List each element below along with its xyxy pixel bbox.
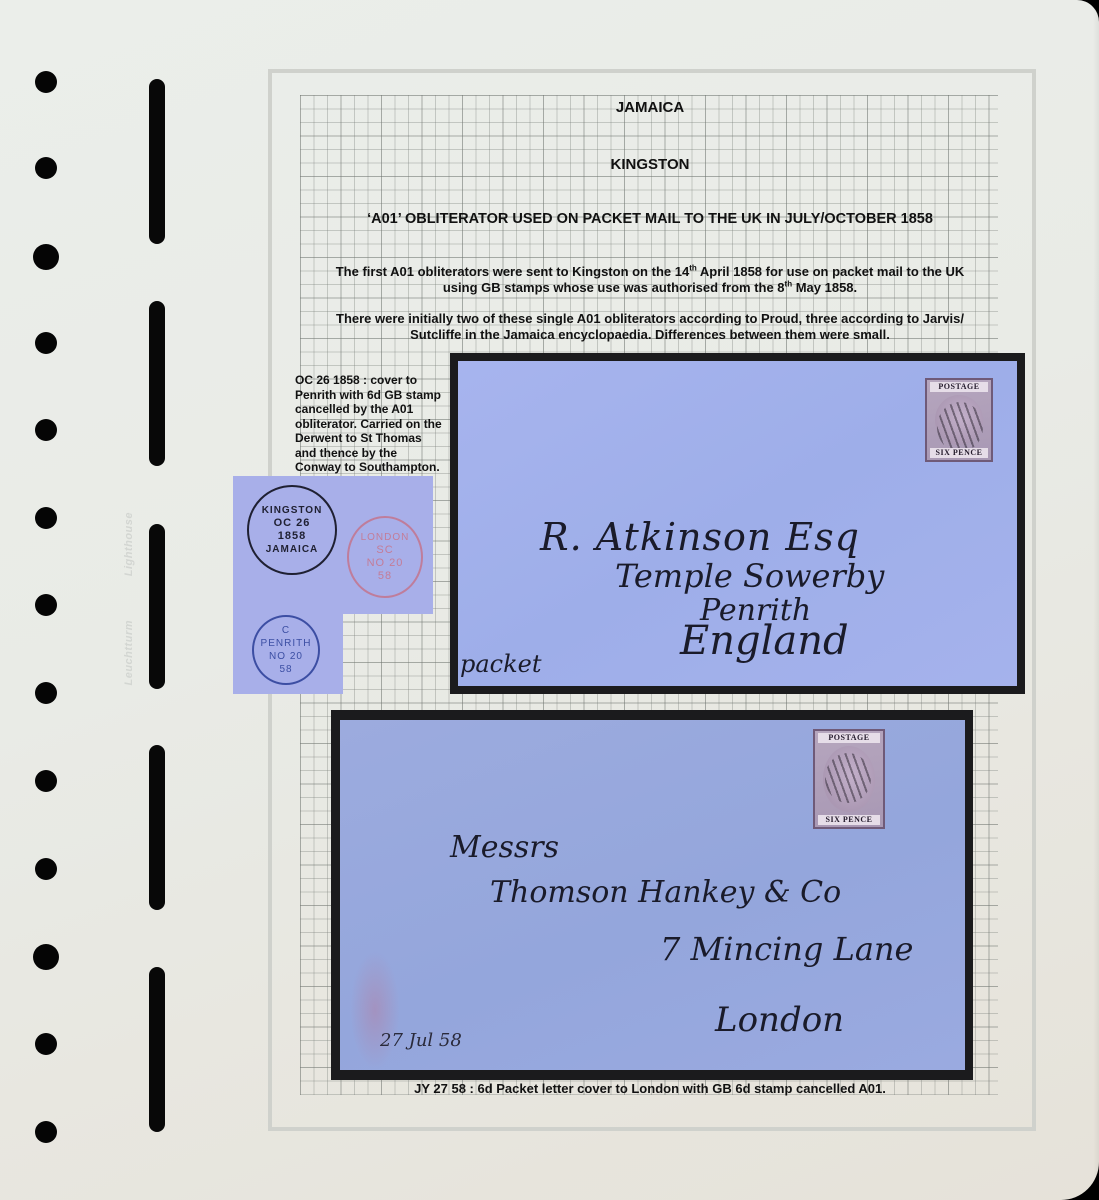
address-line: England	[680, 618, 849, 664]
binder-hole	[35, 594, 57, 616]
brand-watermark: Lighthouse	[123, 512, 135, 576]
address-line: R. Atkinson Esq	[540, 515, 860, 559]
binder-slot	[149, 524, 165, 689]
binder-hole	[35, 770, 57, 792]
packet-annotation: packet	[460, 650, 542, 678]
a01-cancel-mark	[937, 402, 983, 452]
binder-slot	[149, 79, 165, 244]
binder-hole	[35, 507, 57, 529]
address-line: Temple Sowerby	[615, 557, 884, 595]
binder-slot	[149, 967, 165, 1132]
binder-hole	[35, 71, 57, 93]
binder-slot	[149, 301, 165, 466]
kingston-postmark: KINGSTON OC 26 1858 JAMAICA	[247, 485, 337, 575]
binder-hole	[35, 682, 57, 704]
page-heading: ‘A01’ OBLITERATOR USED ON PACKET MAIL TO…	[300, 211, 1000, 227]
gb-6d-stamp: POSTAGE SIX PENCE	[813, 729, 885, 829]
page-subtitle: KINGSTON	[300, 156, 1000, 173]
binder-hole	[33, 944, 59, 970]
obliterators-paragraph: There were initially two of these single…	[300, 311, 1000, 343]
address-line: London	[715, 1000, 844, 1040]
binder-hole	[35, 1121, 57, 1143]
gb-6d-stamp: POSTAGE SIX PENCE	[925, 378, 993, 462]
binder-hole	[35, 157, 57, 179]
album-page: Leuchtturm Lighthouse JAMAICA KINGSTON ‘…	[0, 0, 1099, 1200]
cover1-caption: OC 26 1858 : cover to Penrith with 6d GB…	[295, 373, 445, 475]
address-line: Thomson Hankey & Co	[490, 875, 841, 910]
page-title: JAMAICA	[300, 99, 1000, 116]
cover2-caption: JY 27 58 : 6d Packet letter cover to Lon…	[330, 1081, 970, 1096]
docket-annotation: 27 Jul 58	[380, 1030, 462, 1051]
binder-hole	[35, 1033, 57, 1055]
red-transit-mark	[350, 950, 400, 1070]
binder-hole	[35, 332, 57, 354]
binder-slot	[149, 745, 165, 910]
london-postmark: LONDON SC NO 20 58	[347, 516, 423, 598]
binder-hole	[35, 419, 57, 441]
a01-cancel-mark	[825, 753, 871, 803]
address-line: Messrs	[450, 830, 559, 865]
brand-watermark: Leuchtturm	[123, 620, 135, 686]
binder-hole	[35, 858, 57, 880]
page-edge-shadow	[1093, 0, 1099, 1200]
intro-paragraph: The first A01 obliterators were sent to …	[300, 264, 1000, 296]
address-line: 7 Mincing Lane	[660, 930, 913, 968]
binder-hole	[33, 244, 59, 270]
penrith-postmark: C PENRITH NO 20 58	[252, 615, 320, 685]
